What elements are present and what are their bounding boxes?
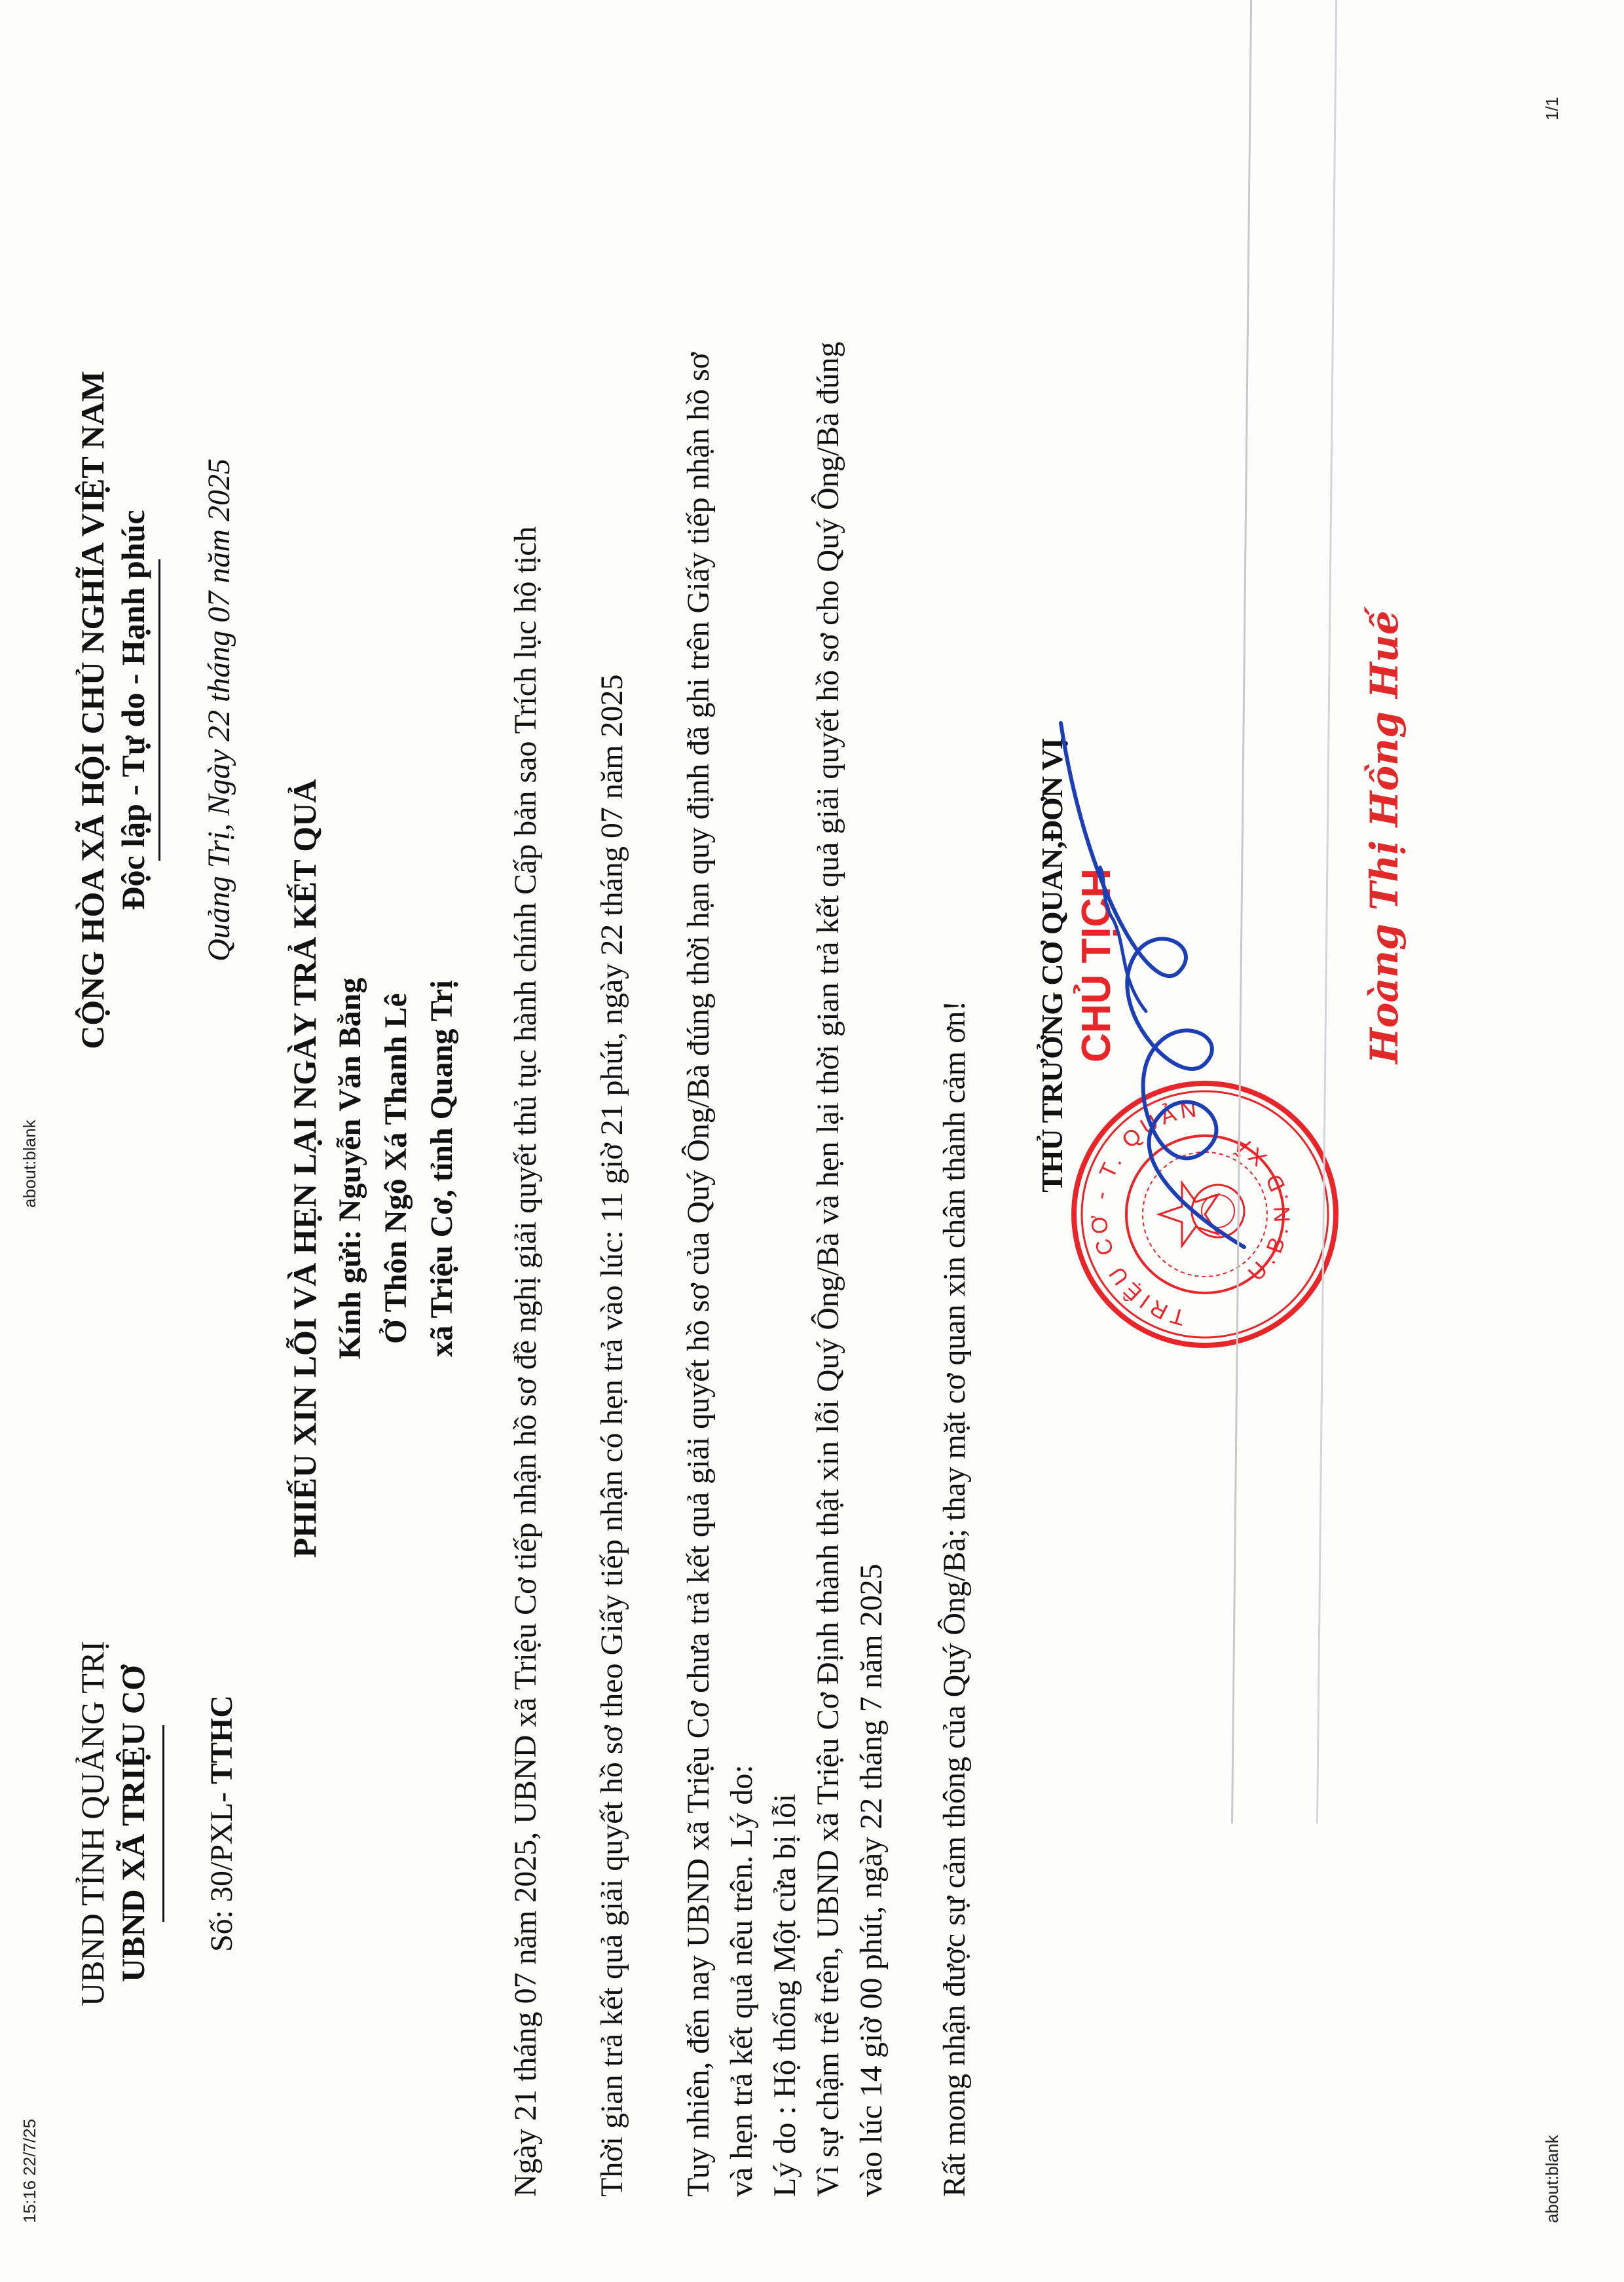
paragraph-receipt: Ngày 21 tháng 07 năm 2025, UBND xã Triệu… [504,68,547,2197]
document-number-code: TTHC [204,1695,239,1784]
national-motto: Độc lập - Tự do - Hạnh phúc [113,284,153,1136]
paragraph-delay-line2: và hẹn trả kết quả nêu trên. Lý do: [720,68,764,2197]
issuing-authority-block: UBND TỈNH QUẢNG TRỊ UBND XÃ TRIỆU CƠ Số:… [72,1529,240,2118]
print-footer-url: about:blank [1542,2135,1562,2223]
document-number: Số: 30/PXL- TTHC [204,1529,240,2118]
document-number-label: Số: 30/PXL- [204,1784,239,1952]
document-body: Ngày 21 tháng 07 năm 2025, UBND xã Triệu… [504,68,893,2197]
national-title: CỘNG HÒA XÃ HỘI CHỦ NGHĨA VIỆT NAM [72,284,113,1136]
national-header-block: CỘNG HÒA XÃ HỘI CHỦ NGHĨA VIỆT NAM Độc l… [72,284,237,1136]
document-page: 15:16 22/7/25 about:blank about:blank 1/… [0,0,1624,2282]
document-title: PHIẾU XIN LỖI VÀ HẸN LẠI NGÀY TRẢ KẾT QU… [282,645,327,1693]
print-page-number: 1/1 [1542,97,1562,121]
recipient-address-line1: Ở Thôn Ngô Xá Thanh Lê [373,645,419,1693]
paragraph-due-time: Thời gian trả kết quả giải quyết hồ sơ t… [591,68,634,2197]
paragraph-apology-line1: Vì sự chậm trễ trên, UBND xã Triệu Cơ Đị… [807,68,850,2197]
print-timestamp: 15:16 22/7/25 [20,2119,40,2223]
paragraph-apology-line2: vào lúc 14 giờ 00 phút, ngày 22 tháng 7 … [850,68,893,2197]
closing-line: Rất mong nhận được sự cảm thông của Quý … [936,1001,972,2197]
paragraph-delay-line1: Tuy nhiên, đến nay UBND xã Triệu Cơ chưa… [677,68,720,2197]
recipient-address-line2: xã Triệu Cơ, tỉnh Quang Trị [419,645,465,1693]
divider [158,559,160,861]
paragraph-reason: Lý do : Hộ thống Một cửa bị lỗi [764,68,807,2197]
place-date: Quảng Trị, Ngày 22 tháng 07 năm 2025 [201,284,237,1136]
signer-name: Hoàng Thị Hồng Huế [1362,610,1407,1064]
scan-fold-line [1316,0,1337,1824]
print-header-title: about:blank [20,1120,40,1208]
agency-name: UBND XÃ TRIỆU CƠ [113,1529,153,2118]
document-title-block: PHIẾU XIN LỖI VÀ HẸN LẠI NGÀY TRẢ KẾT QU… [282,645,465,1693]
authority-name: UBND TỈNH QUẢNG TRỊ [72,1529,113,2118]
recipient: Kính gửi: Nguyễn Văn Bằng [327,645,373,1693]
divider [162,1725,164,1922]
